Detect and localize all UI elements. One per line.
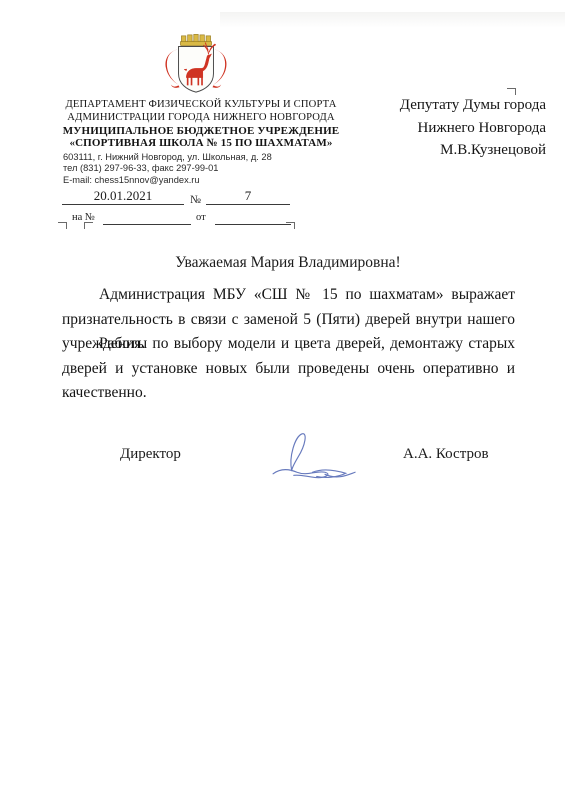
- coat-of-arms-icon: [157, 31, 235, 97]
- scan-artifact: [220, 12, 565, 28]
- recipient-line: Нижнего Новгорода: [348, 117, 546, 140]
- corner-mark: [84, 222, 93, 229]
- from-date-blank-line: [215, 211, 291, 225]
- signer-name: А.А. Костров: [403, 446, 489, 463]
- from-label: от: [196, 212, 206, 223]
- recipient-block: Депутату Думы города Нижнего Новгорода М…: [348, 94, 546, 162]
- letter-page: ДЕПАРТАМЕНТ ФИЗИЧЕСКОЙ КУЛЬТУРЫ И СПОРТА…: [0, 0, 565, 800]
- org-email: E-mail: chess15nnov@yandex.ru: [63, 175, 272, 186]
- number-sign-label: №: [190, 194, 201, 206]
- corner-mark: [286, 222, 295, 229]
- org-line: ДЕПАРТАМЕНТ ФИЗИЧЕСКОЙ КУЛЬТУРЫ И СПОРТА: [45, 99, 357, 112]
- org-phone: тел (831) 297-96-33, факс 297-99-01: [63, 163, 272, 174]
- letter-number: 7: [206, 188, 290, 205]
- org-line-bold: «СПОРТИВНАЯ ШКОЛА № 15 ПО ШАХМАТАМ»: [45, 137, 357, 150]
- org-contact-block: 603111, г. Нижний Новгород, ул. Школьная…: [63, 152, 272, 186]
- salutation: Уважаемая Мария Владимировна!: [60, 254, 516, 272]
- corner-mark: [58, 222, 67, 229]
- letter-date: 20.01.2021: [62, 188, 184, 205]
- reply-number-blank-line: [103, 211, 191, 225]
- body-paragraph: Работы по выбору модели и цвета дверей, …: [62, 332, 515, 406]
- recipient-line: М.В.Кузнецовой: [348, 139, 546, 162]
- signer-title: Директор: [120, 446, 181, 463]
- recipient-line: Депутату Думы города: [348, 94, 546, 117]
- org-line: АДМИНИСТРАЦИИ ГОРОДА НИЖНЕГО НОВГОРОДА: [45, 112, 357, 125]
- org-line-bold: МУНИЦИПАЛЬНОЕ БЮДЖЕТНОЕ УЧРЕЖДЕНИЕ: [45, 125, 357, 138]
- org-address: 603111, г. Нижний Новгород, ул. Школьная…: [63, 152, 272, 163]
- handwritten-signature-icon: [260, 425, 364, 479]
- org-name-block: ДЕПАРТАМЕНТ ФИЗИЧЕСКОЙ КУЛЬТУРЫ И СПОРТА…: [45, 99, 357, 150]
